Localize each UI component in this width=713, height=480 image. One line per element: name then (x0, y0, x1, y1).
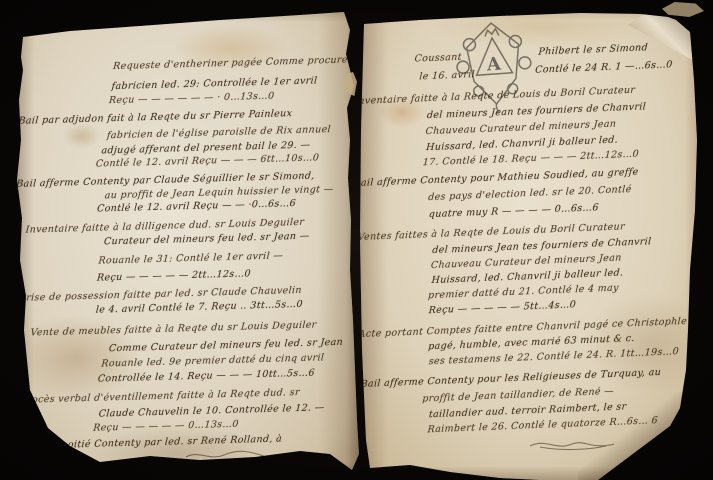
folded-corner-shadow (578, 392, 694, 480)
manuscript-line: premier datté du 21. Contlé le 4 may (428, 284, 619, 301)
manuscript-line: Requeste d'entheriner pagée Comme procur… (113, 55, 360, 71)
manuscript-line: Reçu — — — — — 0…13s…0 (93, 420, 239, 434)
manuscript-line: Comme Curateur del mineurs feu led. sr J… (109, 338, 344, 354)
manuscript-line: Procès verbal d'éventillement faitte à l… (20, 388, 300, 405)
manuscript-line: fabricien led. 29: Controllée le 1er avr… (111, 76, 317, 91)
manuscript-line: Contlé le 12. avril Reçu — — — 6tt…10s…0 (95, 153, 319, 169)
manuscript-spread: Requeste d'entheriner pagée Comme procur… (0, 0, 713, 480)
manuscript-line: Reçu — — — — — 5tt…4s…0 (428, 300, 576, 315)
manuscript-line: des pays d'election led. sr le 20. Contl… (428, 185, 632, 203)
manuscript-line: Contlé le 24 R. 1 —…6s…0 (535, 60, 673, 75)
manuscript-line: le 4. avril Contlé le 7. Reçu ‥ 3tt…5s…0 (95, 300, 303, 315)
manuscript-line: Philbert le sr Simond (538, 43, 648, 57)
manuscript-line: Reçu — — — — — 2tt…12s…0 (97, 269, 252, 283)
manuscript-line: fabricien de l'église paroislle de Rix a… (107, 125, 332, 141)
manuscript-line: Chauveau Curateur del mineurs Jean (425, 119, 616, 136)
manuscript-line: Acte portant Comptes faitte entre Chanvr… (358, 317, 687, 340)
manuscript-line: Claude Chauvelin le 10. Controllée le 12… (98, 403, 325, 419)
manuscript-line: Reçu — — — — — — · 0…13s…0 (109, 92, 275, 106)
binding-stitch-scrap (344, 72, 357, 96)
right-page: A CoussantPhilbert le sr Simondle 16. av… (350, 4, 713, 480)
manuscript-line: au proffit de Jean Lequin huissier le vi… (104, 185, 334, 201)
manuscript-line: Controllée le 14. Reçu — — — 10tt…5s…6 (97, 369, 315, 385)
torn-edge-scrap (662, 2, 704, 17)
left-page-text: Requeste d'entheriner pagée Comme procur… (9, 3, 368, 480)
manuscript-line: Rouanle le 31: Contlé le 1er avril — (98, 251, 283, 266)
manuscript-line: quatre muy R — — — — 0…6s…6 (429, 203, 600, 219)
manuscript-line: Bail afferme Contenty pour les Religieus… (360, 368, 661, 390)
manuscript-line: Bail par adjudon fait à la Reqte du sr P… (18, 109, 292, 126)
manuscript-line: Vente de meubles faitte à la Reqte du sr… (30, 320, 317, 338)
manuscript-line: Coussant (414, 53, 462, 64)
manuscript-line: 17. Contlé le 18. Reçu — — — 2tt…12s…0 (422, 150, 639, 168)
manuscript-line: Rouanle led. 9e premier datté du cinq av… (101, 353, 325, 369)
ink-flourish (184, 448, 266, 462)
manuscript-line: le 16. avril (419, 70, 475, 82)
left-page: Requeste d'entheriner pagée Comme procur… (16, 8, 362, 480)
manuscript-line: Contlé le 12. avril Reçu — — ·0…6s…6 (97, 199, 297, 214)
manuscript-line: Curateur del mineurs feu led. sr Jean — (104, 232, 310, 247)
